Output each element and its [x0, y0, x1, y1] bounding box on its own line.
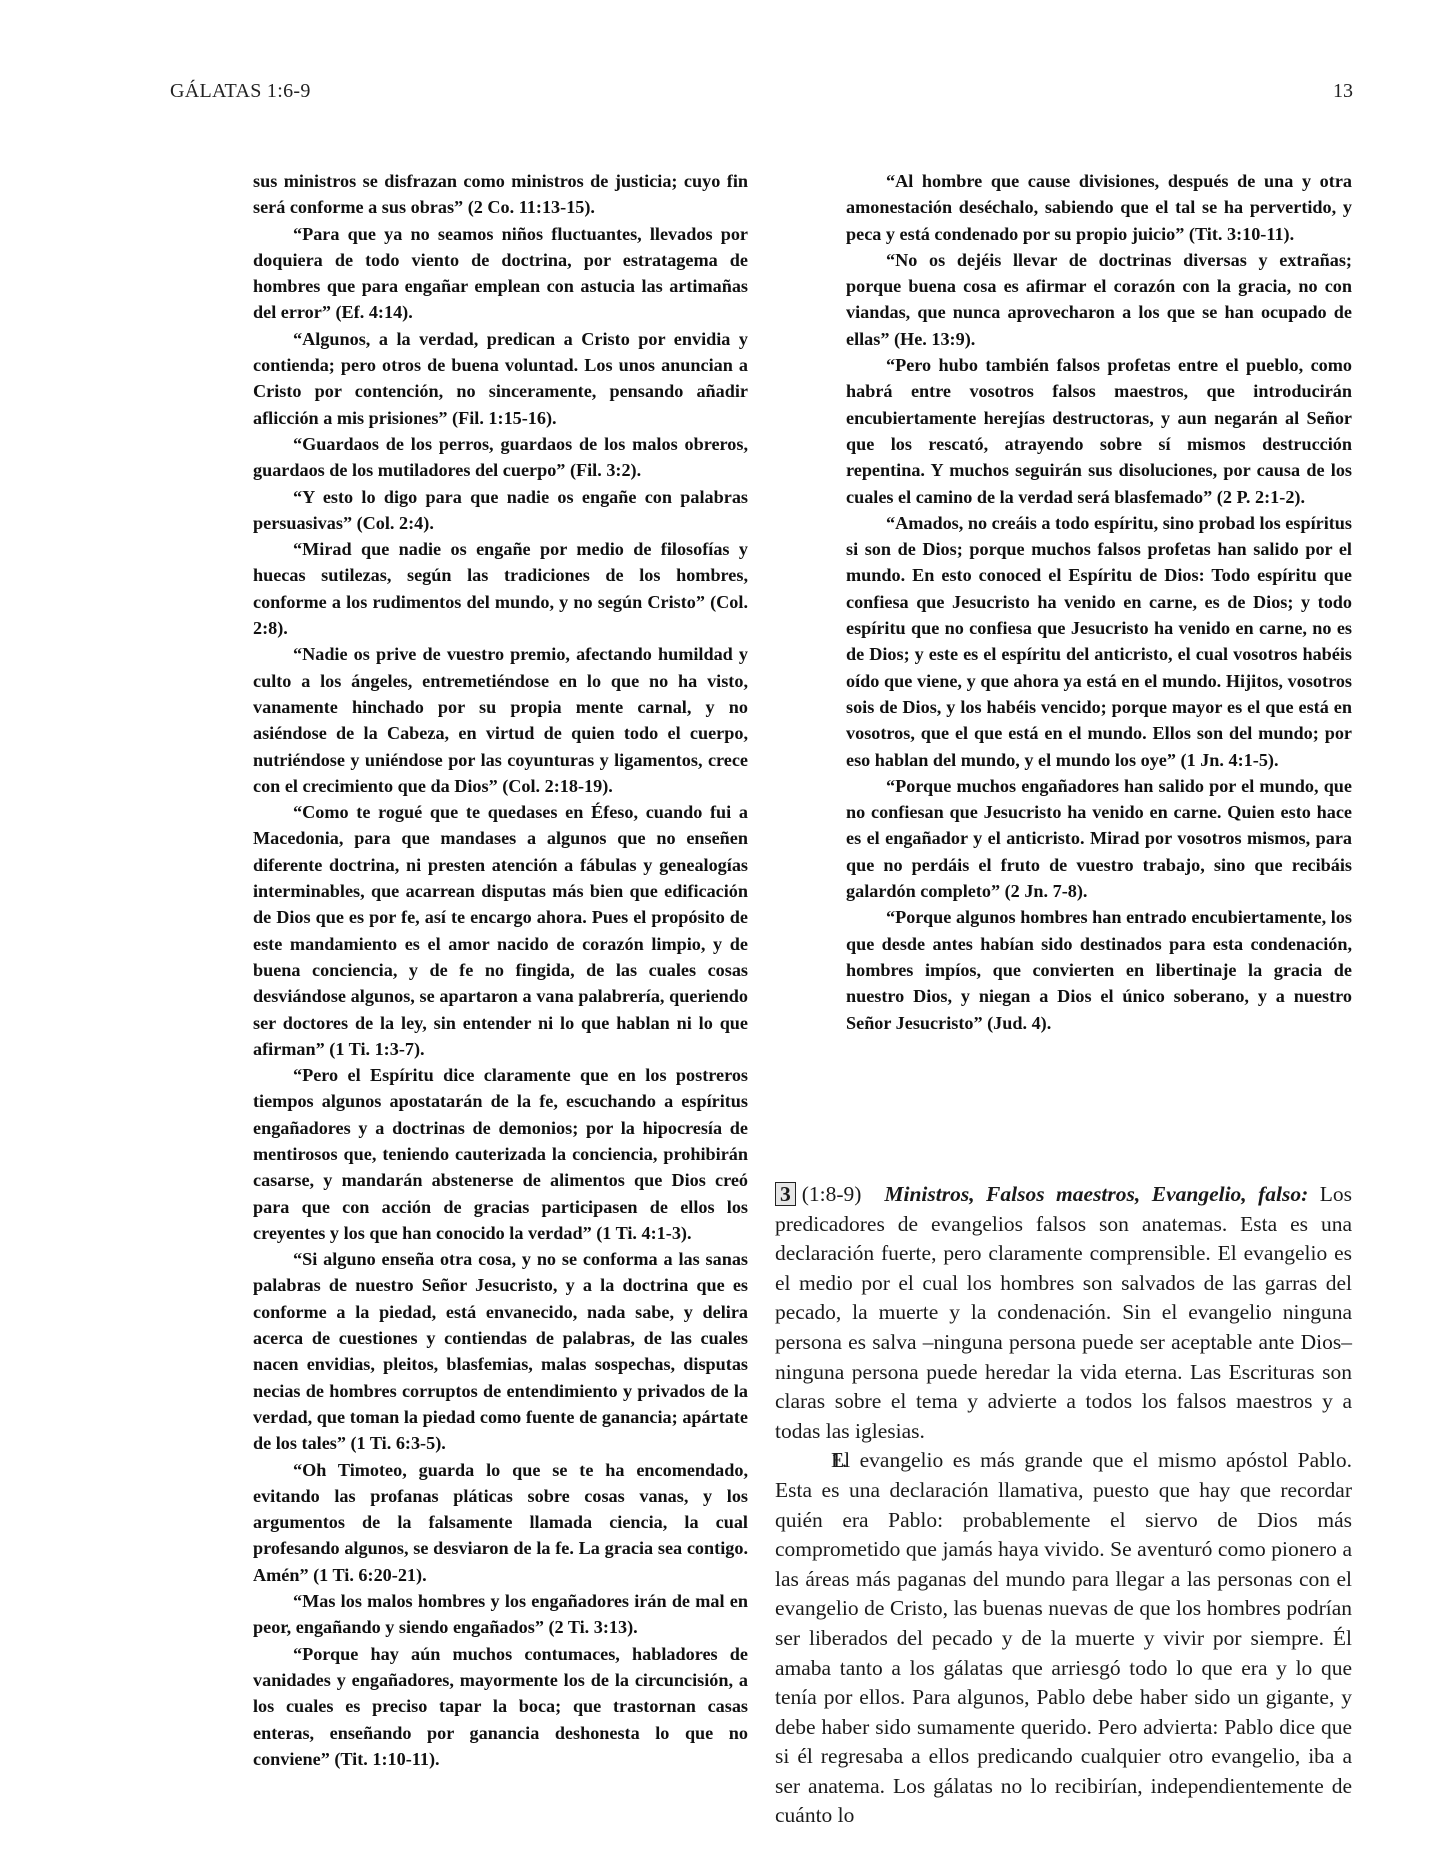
point-number: 1.: [803, 1446, 831, 1476]
scripture-quote: “Nadie os prive de vuestro premio, afect…: [253, 641, 748, 799]
scripture-quote: “Y esto lo digo para que nadie os engañe…: [253, 484, 748, 537]
scripture-quote: “Si alguno enseña otra cosa, y no se con…: [253, 1246, 748, 1456]
right-column: “Al hombre que cause divisiones, después…: [846, 168, 1352, 1036]
topic-heading: Ministros, Falsos maestros, Evangelio, f…: [884, 1182, 1308, 1206]
page-number: 13: [1333, 80, 1353, 103]
scripture-quote: “Mas los malos hombres y los engañadores…: [253, 1588, 748, 1641]
verse-reference: (1:8-9): [802, 1182, 862, 1206]
scripture-quote: “Como te rogué que te quedases en Éfeso,…: [253, 799, 748, 1062]
scripture-quote: “Oh Timoteo, guarda lo que se te ha enco…: [253, 1457, 748, 1588]
scripture-quote: sus ministros se disfrazan como ministro…: [253, 168, 748, 221]
commentary-intro: 3(1:8-9) Ministros, Falsos maestros, Eva…: [775, 1180, 1352, 1446]
scripture-quote: “No os dejéis llevar de doctrinas divers…: [846, 247, 1352, 352]
scripture-quote: “Pero hubo también falsos profetas entre…: [846, 352, 1352, 510]
scripture-quote: “Guardaos de los perros, guardaos de los…: [253, 431, 748, 484]
scripture-quote: “Algunos, a la verdad, predican a Cristo…: [253, 326, 748, 431]
scripture-quote: “Porque muchos engañadores han salido po…: [846, 773, 1352, 904]
scripture-quote: “Mirad que nadie os engañe por medio de …: [253, 536, 748, 641]
commentary-point: 1.El evangelio es más grande que el mism…: [775, 1446, 1352, 1831]
scripture-quote: “Amados, no creáis a todo espíritu, sino…: [846, 510, 1352, 773]
section-number-box: 3: [775, 1182, 796, 1206]
running-head: GÁLATAS 1:6-9: [170, 80, 311, 103]
scripture-quote: “Pero el Espíritu dice claramente que en…: [253, 1062, 748, 1246]
scripture-quote: “Para que ya no seamos niños fluctuantes…: [253, 221, 748, 326]
scripture-quote: “Porque hay aún muchos contumaces, habla…: [253, 1641, 748, 1772]
scripture-quote: “Al hombre que cause divisiones, después…: [846, 168, 1352, 247]
point-text: El evangelio es más grande que el mismo …: [775, 1448, 1352, 1827]
commentary-section: 3(1:8-9) Ministros, Falsos maestros, Eva…: [775, 1180, 1352, 1831]
scripture-quote: “Porque algunos hombres han entrado encu…: [846, 904, 1352, 1035]
commentary-text: Los predicadores de evangelios falsos so…: [775, 1182, 1352, 1443]
left-column: sus ministros se disfrazan como ministro…: [253, 168, 748, 1772]
